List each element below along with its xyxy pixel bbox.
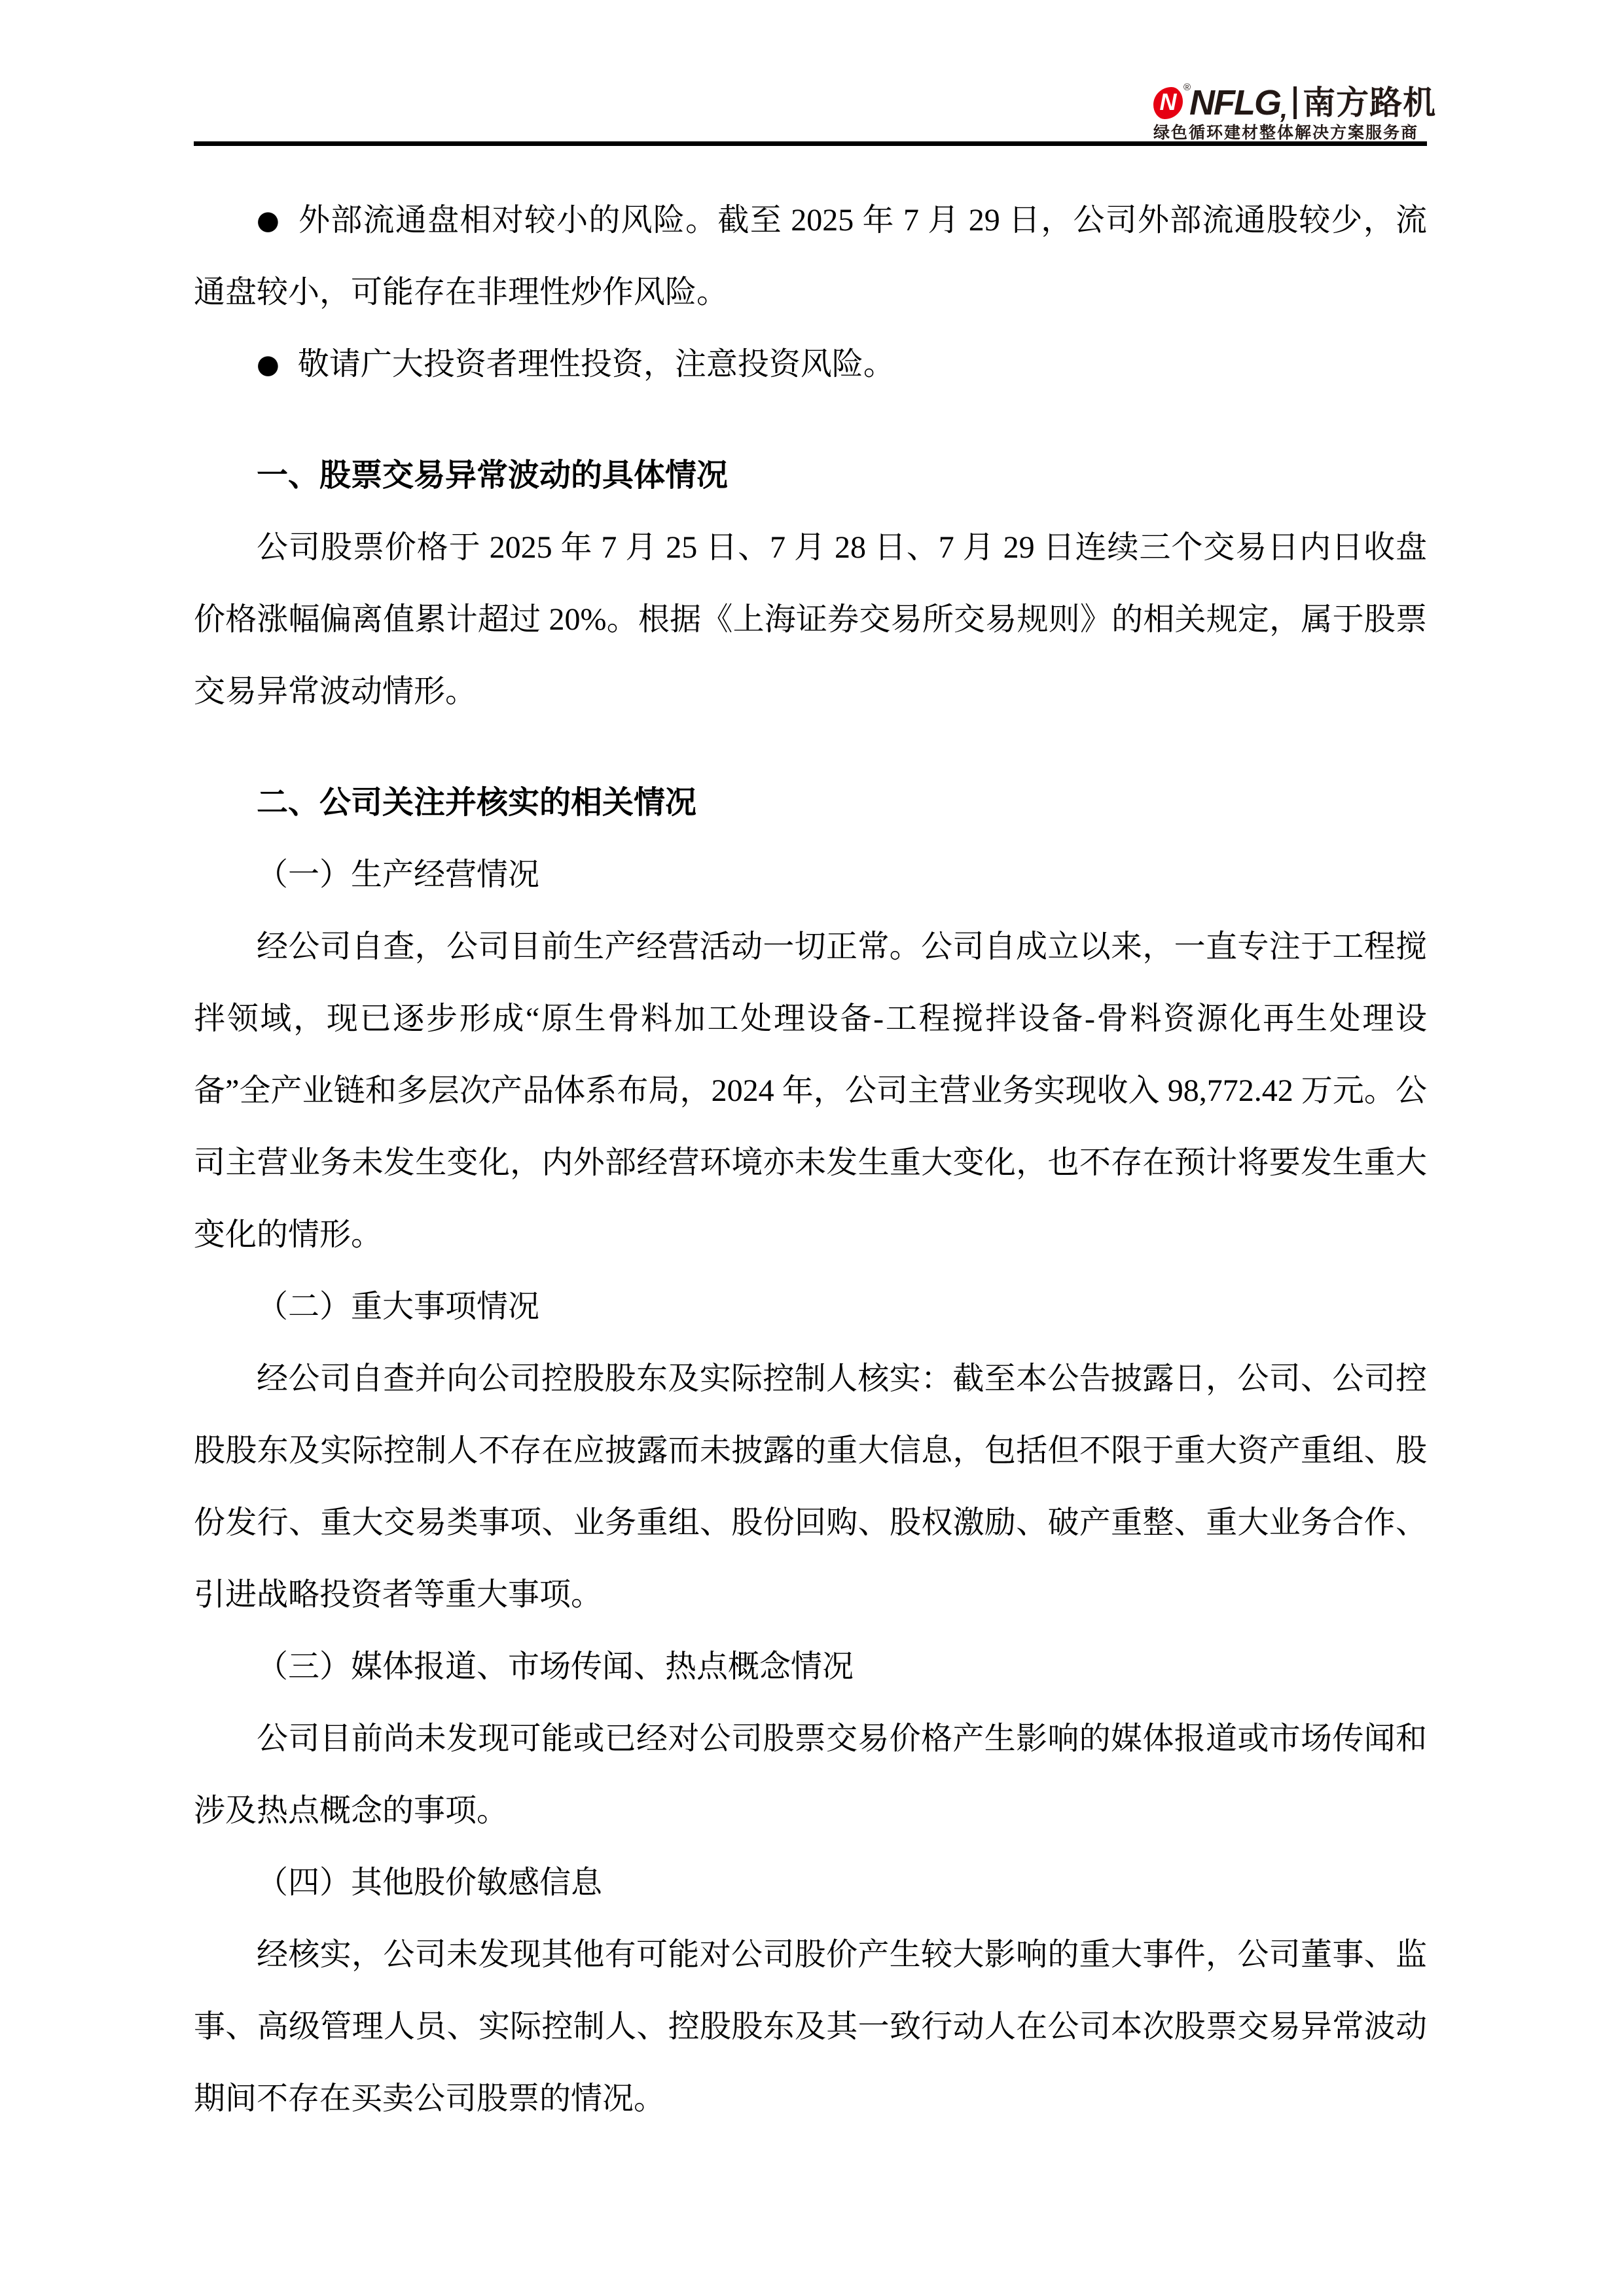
paragraph: 公司目前尚未发现可能或已经对公司股票交易价格产生影响的媒体报道或市场传闻和涉及热…	[194, 1703, 1427, 1847]
sub-heading-1: （一）生产经营情况	[194, 839, 1427, 911]
company-logo: N ® NFLG , 南方路机 绿色循环建材整体解决方案服务商	[1153, 85, 1436, 141]
sub-heading-3: （三）媒体报道、市场传闻、热点概念情况	[194, 1631, 1427, 1703]
bullet-text: 外部流通盘相对较小的风险。截至 2025 年 7 月 29 日，公司外部流通股较…	[194, 203, 1427, 310]
logo-n-letter: N	[1160, 90, 1177, 114]
brand-comma-mark: ,	[1280, 96, 1288, 122]
bullet-text: 敬请广大投资者理性投资，注意投资风险。	[298, 347, 895, 382]
nflg-leaf-icon: N ®	[1153, 87, 1183, 119]
registered-trademark-icon: ®	[1183, 82, 1191, 93]
section-heading-2: 二、公司关注并核实的相关情况	[194, 767, 1427, 839]
announcement-page: N ® NFLG , 南方路机 绿色循环建材整体解决方案服务商 ●外部流通盘相对…	[0, 0, 1624, 2296]
brand-divider	[1293, 86, 1297, 119]
sub-heading-2: （二）重大事项情况	[194, 1271, 1427, 1343]
bullet-item: ●敬请广大投资者理性投资，注意投资风险。	[194, 329, 1427, 401]
paragraph: 公司股票价格于 2025 年 7 月 25 日、7 月 28 日、7 月 29 …	[194, 512, 1427, 728]
brand-name-latin: NFLG	[1189, 85, 1280, 120]
brand-name-chinese: 南方路机	[1303, 86, 1436, 119]
paragraph: 经公司自查，公司目前生产经营活动一切正常。公司自成立以来，一直专注于工程搅拌领域…	[194, 911, 1427, 1271]
header-rule	[194, 141, 1427, 146]
paragraph: 经核实，公司未发现其他有可能对公司股价产生较大影响的重大事件，公司董事、监事、高…	[194, 1919, 1427, 2135]
bullet-item: ●外部流通盘相对较小的风险。截至 2025 年 7 月 29 日，公司外部流通股…	[194, 185, 1427, 329]
sub-heading-4: （四）其他股价敏感信息	[194, 1847, 1427, 1919]
bullet-icon: ●	[257, 206, 280, 236]
document-body: ●外部流通盘相对较小的风险。截至 2025 年 7 月 29 日，公司外部流通股…	[194, 185, 1427, 2135]
section-heading-1: 一、股票交易异常波动的具体情况	[194, 440, 1427, 512]
paragraph: 经公司自查并向公司控股股东及实际控制人核实：截至本公告披露日，公司、公司控股股东…	[194, 1343, 1427, 1631]
brand-tagline: 绿色循环建材整体解决方案服务商	[1153, 125, 1418, 141]
logo-row: N ® NFLG , 南方路机	[1153, 85, 1436, 120]
bullet-icon: ●	[257, 350, 280, 380]
